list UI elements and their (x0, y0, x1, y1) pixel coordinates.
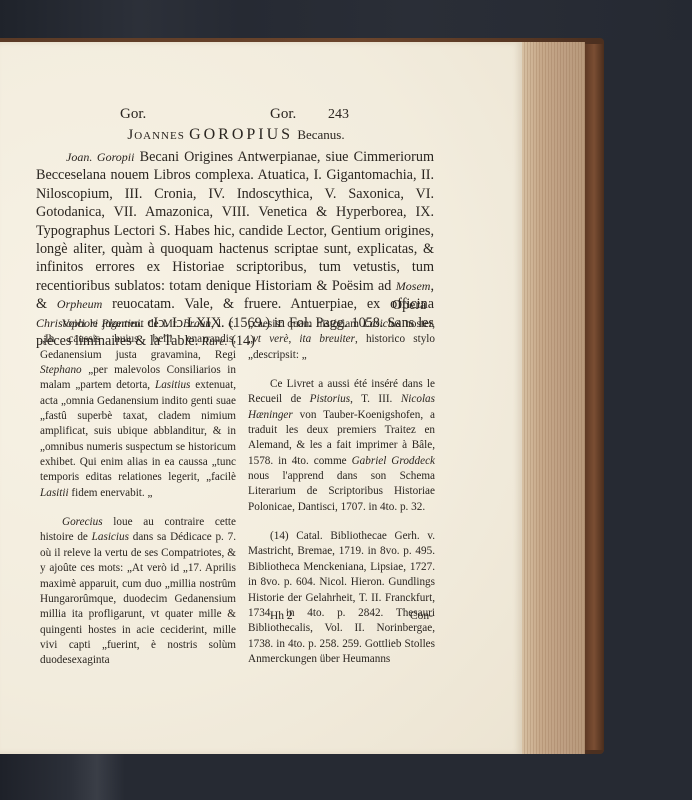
italic-orpheum: Orpheum (57, 297, 102, 311)
italic-phrase: vt verè (253, 333, 288, 345)
text: , (288, 333, 299, 345)
italic-name: Lasicius (92, 531, 129, 543)
right-paragraph-1: „caesis: quam historiam Lasicius noster,… (248, 317, 435, 363)
left-paragraph-1: Voici le jugement de Mr. Braun, l. c. „I… (40, 317, 236, 501)
italic-name: Braun (183, 318, 211, 330)
italic-name: Lasitii (40, 487, 69, 499)
left-paragraph-2: Gorecius loue au contraire cette histoir… (40, 515, 236, 668)
footnote-text: (14) Catal. Bibliothecae Gerh. v. Mastri… (248, 530, 435, 665)
right-paragraph-2: Ce Livret a aussi été inséré dans le Rec… (248, 377, 435, 515)
catchword-opera: Opera (392, 298, 426, 314)
italic-name: Lasicius (363, 318, 400, 330)
entry-suffix: Becanus. (297, 127, 344, 142)
italic-phrase: ita breuiter (299, 333, 355, 345)
left-column: Voici le jugement de Mr. Braun, l. c. „I… (40, 317, 236, 683)
text: extenuat, acta „omnia Gedanensium indito… (40, 379, 236, 483)
entry-surname: GOROPIUS (189, 126, 293, 143)
text: dans sa Dédicace p. 7. où il releve la v… (40, 531, 236, 666)
catchword: Con- (410, 610, 433, 622)
entry-text: Becani Origines Antwerpianae, siue Cimme… (36, 149, 434, 294)
page-edges (521, 42, 585, 754)
entry-text: reuocatam. Vale, & fruere. Antuerpiae, e… (102, 296, 434, 312)
entry-title: Joannes GOROPIUS Becanus. (36, 126, 436, 144)
text: „caesis: quam historiam (248, 318, 363, 330)
running-head-center: Gor. (270, 106, 296, 123)
signature-mark: Hh 2 (270, 610, 293, 622)
text: Voici le jugement de Mr. (62, 318, 183, 330)
italic-name: Stephano (40, 364, 82, 376)
text: fidem enervabit. „ (69, 487, 153, 499)
right-column: „caesis: quam historiam Lasicius noster,… (248, 317, 435, 681)
italic-mosem: Mosem (396, 279, 431, 293)
running-head: Gor. Gor. 243 (36, 106, 436, 126)
footnote-14: (14) Catal. Bibliothecae Gerh. v. Mastri… (248, 529, 435, 667)
italic-name: Gabriel Groddeck (352, 455, 435, 467)
background-bottom (0, 752, 692, 800)
italic-name: Lasitius (155, 379, 190, 391)
running-head-left: Gor. (120, 106, 146, 123)
italic-name: Gorecius (62, 516, 103, 528)
book-cover-edge (584, 44, 604, 750)
text: , T. III. (350, 393, 401, 405)
text: nous l'apprend dans son Schema Literariu… (248, 470, 435, 513)
author-name: Joan. Goropii (66, 150, 134, 164)
page-number: 243 (328, 107, 349, 123)
entry-first-name: Joannes (127, 127, 184, 143)
background-top (0, 0, 692, 40)
italic-name: Pistorius (310, 393, 350, 405)
